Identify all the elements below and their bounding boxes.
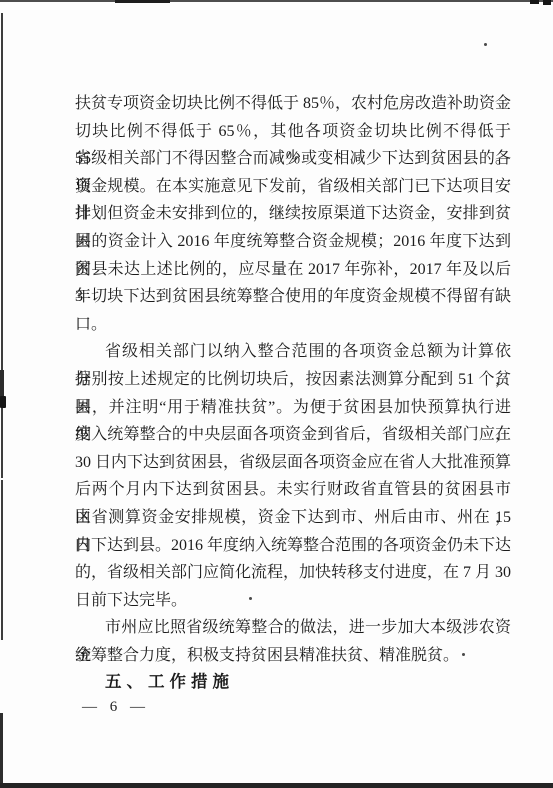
text-line: 内下达到县。2016 年度纳入统筹整合范围的各项资金仍未下达 <box>75 532 511 560</box>
text-line: 资金规模。在本实施意见下发前，省级相关部门已下达项目安排 <box>75 173 511 201</box>
page-number: — 6 — <box>82 697 145 717</box>
text-line: 省级相关部门以纳入整合范围的各项资金总额为计算依据， <box>75 338 511 366</box>
scan-edge-left-blob <box>0 396 6 408</box>
text-line: 扶贫专项资金切块比例不得低于 85％，农村危房改造补助资金 <box>75 90 511 118</box>
text-line: 省级相关部门不得因整合而减少或变相减少下达到贫困县的各项 <box>75 145 511 173</box>
scan-edge-left-line <box>1 480 3 640</box>
ink-speck <box>484 43 487 46</box>
text-line: 分别按上述规定的比例切块后，按因素法测算分配到 51 个贫困 <box>75 366 511 394</box>
scan-edge-top-line <box>0 0 553 2</box>
scan-edge-left-line <box>0 713 3 788</box>
text-line: 30 日内下达到贫困县，省级层面各项资金应在省人大批准预算 <box>75 449 511 477</box>
scan-edge-top-tick <box>543 0 551 5</box>
scan-edge-top-dark-mark <box>115 0 170 3</box>
text-line: 切块比例不得低于 65％，其他各项资金切块比例不得低于 55％。 <box>75 118 511 146</box>
text-line: 市州应比照省级统筹整合的做法，进一步加大本级涉农资金 <box>75 614 511 642</box>
section-heading: 五、工作措施 <box>75 669 511 697</box>
scan-edge-left-line <box>1 13 3 478</box>
text-line: 后两个月内下达到贫困县。未实行财政省直管县的贫困县市区， <box>75 476 511 504</box>
scan-edge-bottom-line <box>0 783 553 788</box>
document-body: 扶贫专项资金切块比例不得低于 85％，农村危房改造补助资金 切块比例不得低于 6… <box>75 90 511 697</box>
scan-edge-left-thick <box>0 370 4 397</box>
scanned-document-page: 扶贫专项资金切块比例不得低于 85％，农村危房改造补助资金 切块比例不得低于 6… <box>0 0 553 788</box>
text-line: 计划但资金未安排到位的，继续按原渠道下达资金，安排到贫困 <box>75 200 511 228</box>
scan-edge-top-tick <box>530 0 539 4</box>
text-line: 统筹整合力度，积极支持贫困县精准扶贫、精准脱贫。 <box>75 642 511 670</box>
text-line: 由省测算资金安排规模，资金下达到市、州后由市、州在 15 日 <box>75 504 511 532</box>
text-line: 纳入统筹整合的中央层面各项资金到省后，省级相关部门应在 <box>75 421 511 449</box>
text-line: 的，省级相关部门应简化流程，加快转移支付进度，在 7 月 30 <box>75 559 511 587</box>
text-line: 困县未达上述比例的，应尽量在 2017 年弥补，2017 年及以后 3 <box>75 256 511 284</box>
text-line: 年切块下达到贫困县统筹整合使用的年度资金规模不得留有缺 <box>75 283 511 311</box>
text-line: 县，并注明“用于精准扶贫”。为便于贫困县加快预算执行进度， <box>75 394 511 422</box>
text-line: 日前下达完毕。 <box>75 587 511 615</box>
text-line: 县的资金计入 2016 年度统筹整合资金规模；2016 年度下达到贫 <box>75 228 511 256</box>
text-line: 口。 <box>75 311 511 339</box>
